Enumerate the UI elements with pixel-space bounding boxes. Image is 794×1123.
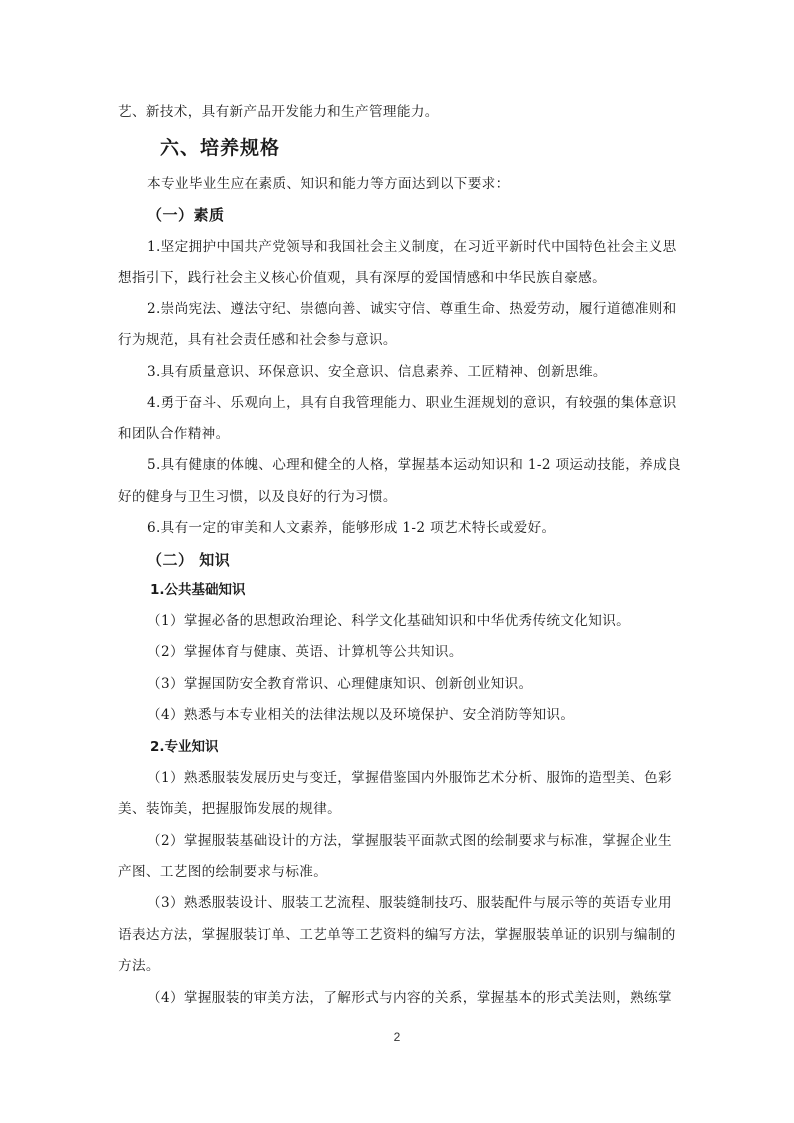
public-item-2: （2）掌握体育与健康、英语、计算机等公共知识。: [147, 642, 707, 662]
quality-item-4-cont: 和团队合作精神。: [118, 424, 678, 444]
professional-item-4: （4）掌握服装的审美方法，了解形式与内容的关系，掌握基本的形式美法则，熟练掌: [147, 988, 707, 1008]
professional-item-3-cont: 语表达方法，掌握服装订单、工艺单等工艺资料的编写方法，掌握服装单证的识别与编制的: [118, 925, 678, 945]
heading-professional-knowledge: 2.专业知识: [150, 737, 219, 757]
page-number: 2: [0, 1030, 794, 1044]
professional-item-2: （2）掌握服装基础设计的方法，掌握服装平面款式图的绘制要求与标准，掌握企业生: [147, 831, 707, 851]
public-item-1: （1）掌握必备的思想政治理论、科学文化基础知识和中华优秀传统文化知识。: [147, 611, 707, 631]
quality-item-2: 2.崇尚宪法、遵法守纪、崇德向善、诚实守信、尊重生命、热爱劳动，履行道德准则和: [147, 299, 707, 319]
public-item-3: （3）掌握国防安全教育常识、心理健康知识、创新创业知识。: [147, 674, 707, 694]
professional-item-2-cont: 产图、工艺图的绘制要求与标准。: [118, 862, 678, 882]
quality-item-4: 4.勇于奋斗、乐观向上，具有自我管理能力、职业生涯规划的意识，有较强的集体意识: [147, 393, 707, 413]
public-item-4: （4）熟悉与本专业相关的法律法规以及环境保护、安全消防等知识。: [147, 705, 707, 725]
professional-item-3-cont2: 方法。: [118, 956, 678, 976]
paragraph-continuation: 艺、新技术，具有新产品开发能力和生产管理能力。: [118, 102, 678, 122]
professional-item-1: （1）熟悉服装发展历史与变迁，掌握借鉴国内外服饰艺术分析、服饰的造型美、色彩: [147, 768, 707, 788]
professional-item-1-cont: 美、装饰美，把握服饰发展的规律。: [118, 799, 678, 819]
intro-text: 本专业毕业生应在素质、知识和能力等方面达到以下要求：: [147, 174, 707, 194]
quality-item-3: 3.具有质量意识、环保意识、安全意识、信息素养、工匠精神、创新思维。: [147, 362, 707, 382]
quality-item-5-cont: 好的健身与卫生习惯，以及良好的行为习惯。: [118, 487, 678, 507]
quality-item-6: 6.具有一定的审美和人文素养，能够形成 1-2 项艺术特长或爱好。: [147, 518, 707, 538]
quality-item-2-cont: 行为规范，具有社会责任感和社会参与意识。: [118, 330, 678, 350]
quality-item-1-cont: 想指引下，践行社会主义核心价值观，具有深厚的爱国情感和中华民族自豪感。: [118, 268, 678, 288]
professional-item-3: （3）熟悉服装设计、服装工艺流程、服装缝制技巧、服装配件与展示等的英语专业用: [147, 893, 707, 913]
quality-item-1: 1.坚定拥护中国共产党领导和我国社会主义制度，在习近平新时代中国特色社会主义思: [147, 237, 707, 257]
heading-public-knowledge: 1.公共基础知识: [150, 580, 246, 600]
heading-knowledge: （二） 知识: [147, 549, 230, 571]
heading-quality: （一）素质: [147, 204, 225, 226]
quality-item-5: 5.具有健康的体魄、心理和健全的人格，掌握基本运动知识和 1-2 项运动技能，养…: [147, 455, 707, 475]
section-title: 六、培养规格: [160, 136, 280, 160]
document-page: 艺、新技术，具有新产品开发能力和生产管理能力。 六、培养规格 本专业毕业生应在素…: [0, 0, 794, 1123]
